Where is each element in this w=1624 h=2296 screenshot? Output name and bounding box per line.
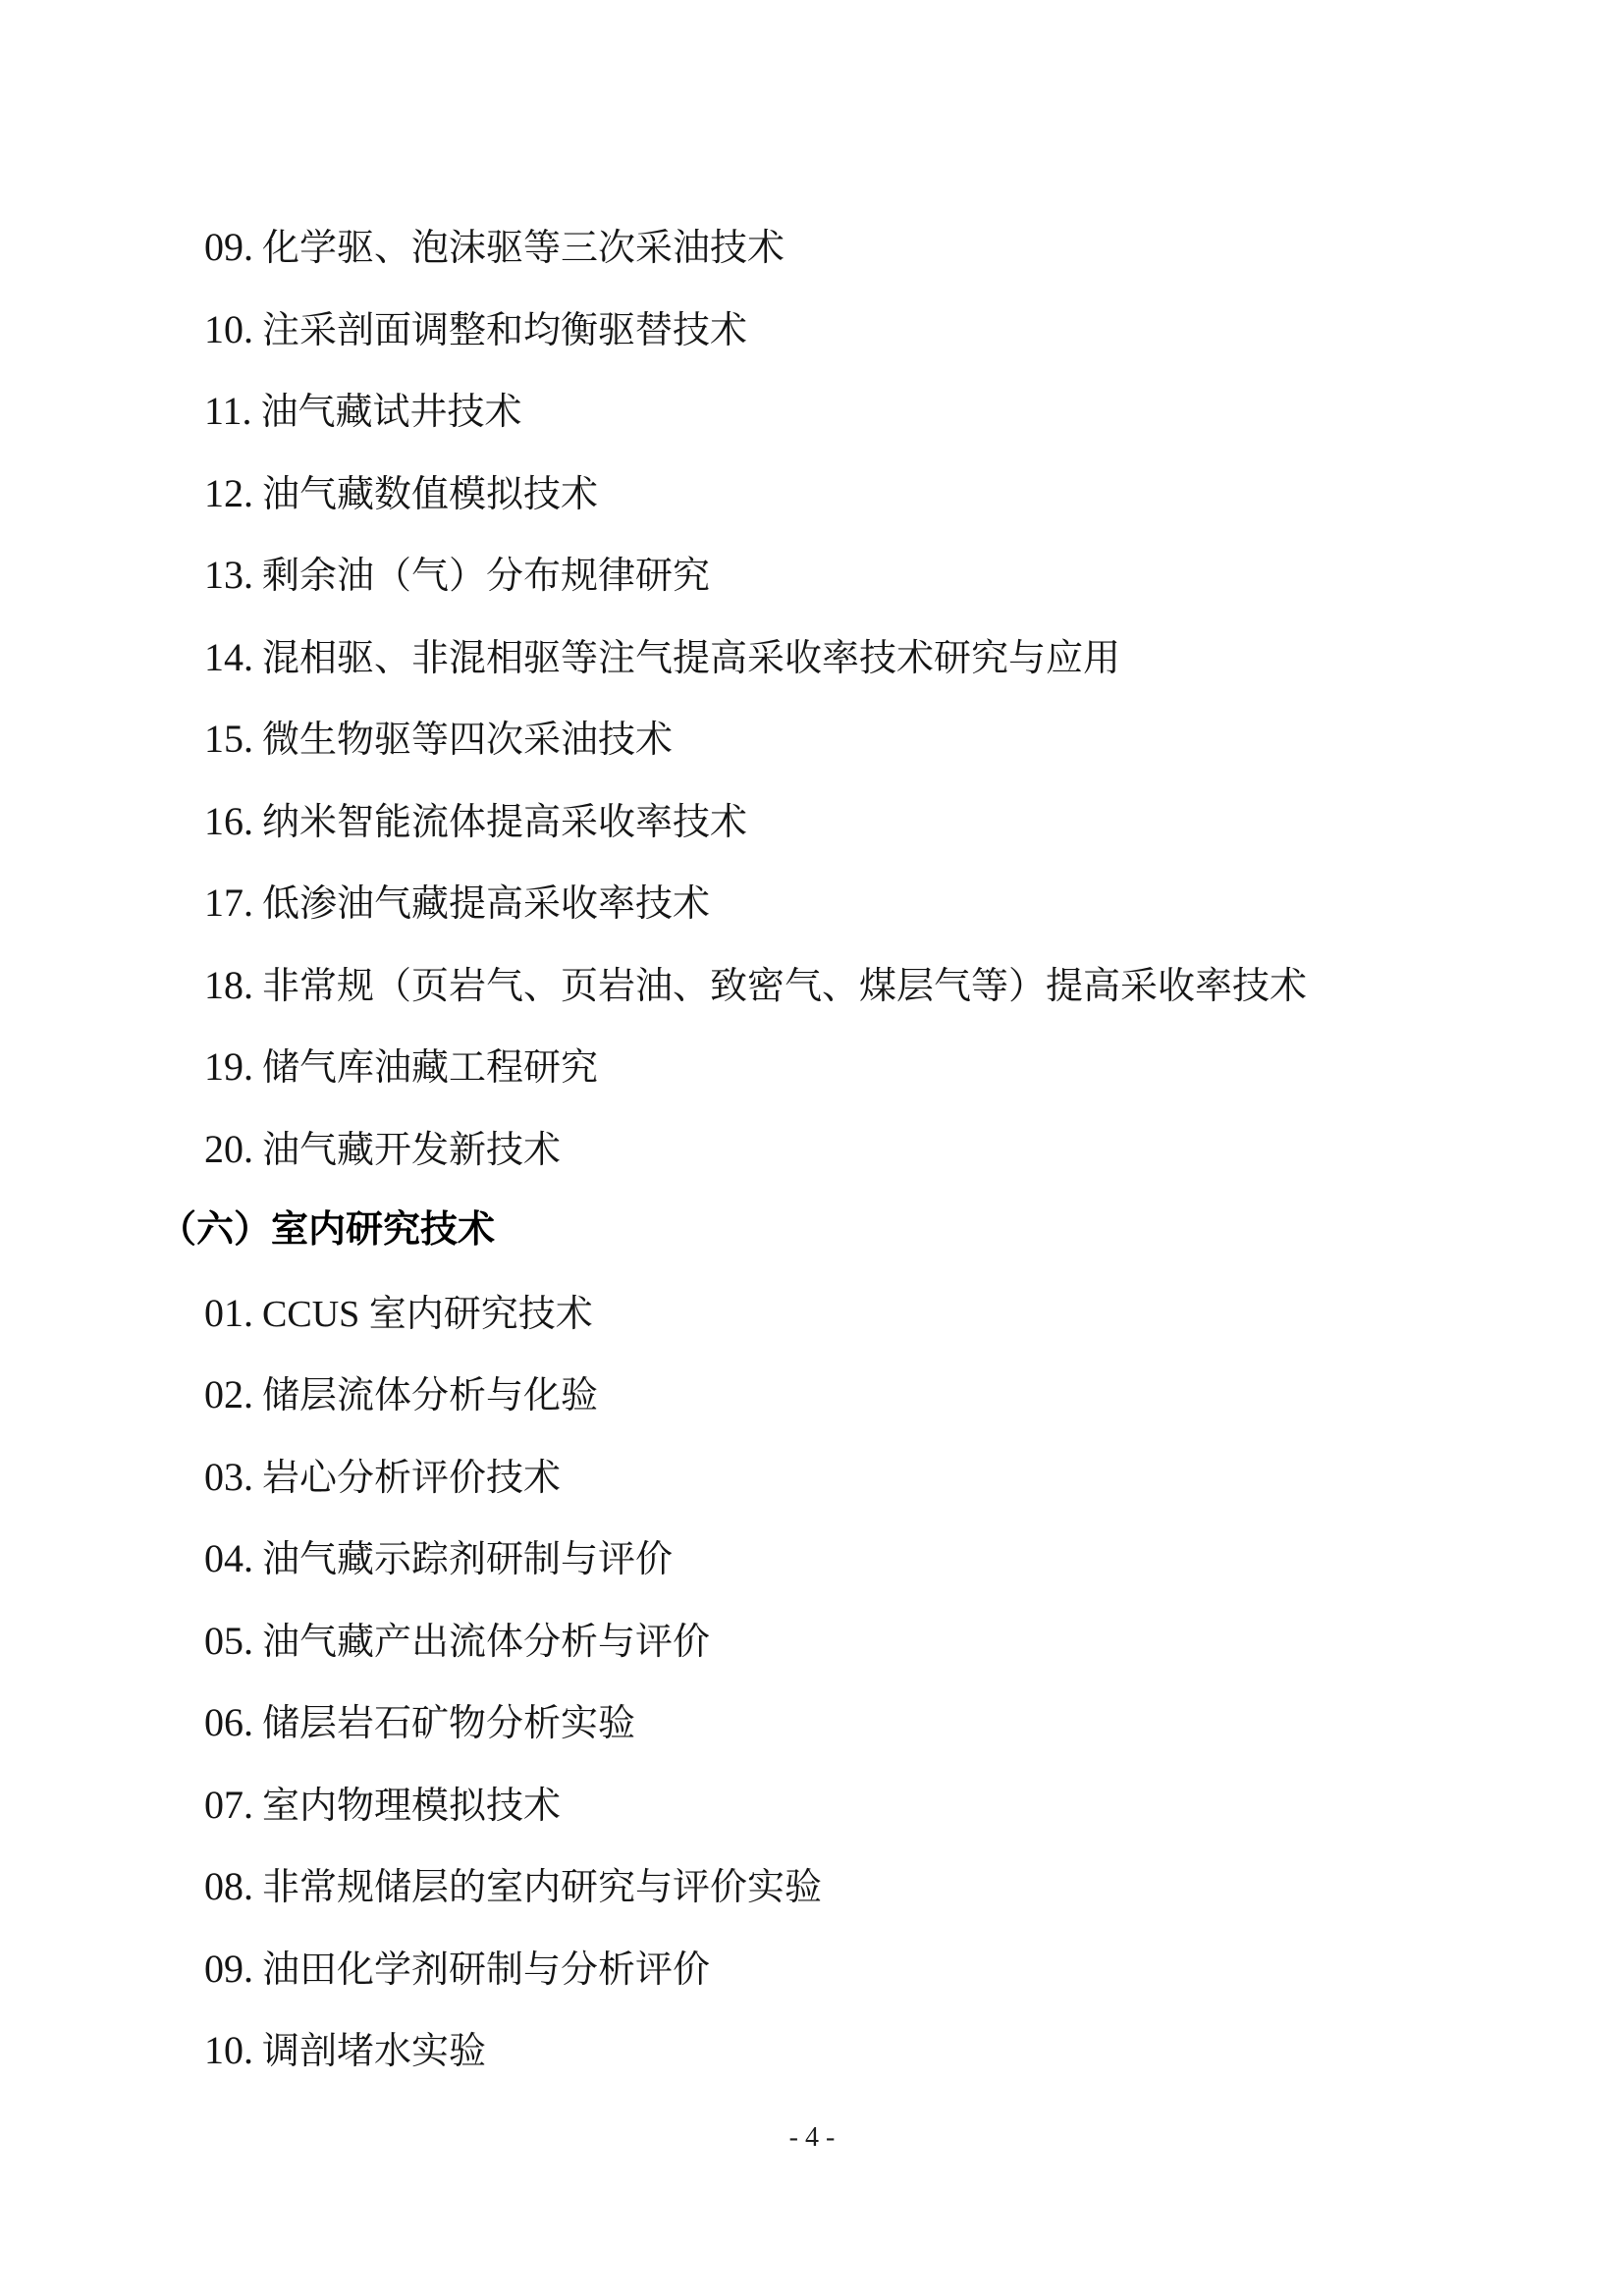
item-number: 18. (204, 963, 253, 1007)
item-number: 17. (204, 881, 253, 925)
item-number: 01. (204, 1291, 253, 1335)
list-item: 18.非常规（页岩气、页岩油、致密气、煤层气等）提高采收率技术 (0, 944, 1624, 1027)
item-text: 岩心分析评价技术 (262, 1458, 561, 1499)
item-text: 剩余油（气）分布规律研究 (262, 556, 710, 597)
page-number-footer: - 4 - (0, 2122, 1624, 2154)
list-item: 14.混相驱、非混相驱等注气提高采收率技术研究与应用 (0, 616, 1624, 699)
list-item: 01.CCUS 室内研究技术 (0, 1272, 1624, 1355)
list-item: 12.油气藏数值模拟技术 (0, 453, 1624, 535)
item-text: 微生物驱等四次采油技术 (262, 720, 673, 761)
item-text: 储层岩石矿物分析实验 (262, 1703, 635, 1744)
item-number: 02. (204, 1372, 253, 1416)
item-text: 油气藏开发新技术 (262, 1130, 561, 1171)
list-item: 10.调剖堵水实验 (0, 2009, 1624, 2092)
document-body: 09.化学驱、泡沫驱等三次采油技术 10.注采剖面调整和均衡驱替技术 11.油气… (0, 0, 1624, 2092)
list-item: 11.油气藏试井技术 (0, 370, 1624, 453)
list-item: 19.储气库油藏工程研究 (0, 1026, 1624, 1108)
item-number: 16. (204, 799, 253, 843)
item-text: 注采剖面调整和均衡驱替技术 (262, 310, 747, 351)
list-item: 05.油气藏产出流体分析与评价 (0, 1600, 1624, 1682)
list-item: 16.纳米智能流体提高采收率技术 (0, 780, 1624, 863)
item-text: 化学驱、泡沫驱等三次采油技术 (262, 228, 785, 269)
list-item: 10.注采剖面调整和均衡驱替技术 (0, 289, 1624, 371)
item-text: 油气藏数值模拟技术 (262, 474, 598, 515)
item-number: 03. (204, 1455, 253, 1499)
list-item: 09.油田化学剂研制与分析评价 (0, 1928, 1624, 2010)
item-text: 室内物理模拟技术 (262, 1786, 561, 1827)
item-number: 10. (204, 2028, 253, 2072)
item-number: 20. (204, 1127, 253, 1171)
item-number: 15. (204, 717, 253, 761)
item-text: 储层流体分析与化验 (262, 1375, 598, 1416)
list-item: 03.岩心分析评价技术 (0, 1436, 1624, 1519)
list-item: 09.化学驱、泡沫驱等三次采油技术 (0, 206, 1624, 289)
item-number: 19. (204, 1044, 253, 1089)
item-text: 油气藏产出流体分析与评价 (262, 1622, 710, 1663)
item-text: 混相驱、非混相驱等注气提高采收率技术研究与应用 (262, 638, 1120, 679)
item-number: 11. (204, 389, 252, 433)
item-text: 非常规（页岩气、页岩油、致密气、煤层气等）提高采收率技术 (262, 966, 1307, 1007)
item-text: 油田化学剂研制与分析评价 (262, 1949, 710, 1991)
item-text: 低渗油气藏提高采收率技术 (262, 883, 710, 925)
item-number: 09. (204, 1947, 253, 1991)
item-number: 09. (204, 225, 253, 269)
item-text: 油气藏示踪剂研制与评价 (262, 1539, 673, 1580)
item-number: 05. (204, 1619, 253, 1663)
list-item: 17.低渗油气藏提高采收率技术 (0, 862, 1624, 944)
section-header: （六）室内研究技术 (0, 1190, 1624, 1272)
item-text: 油气藏试井技术 (261, 392, 522, 433)
list-item: 06.储层岩石矿物分析实验 (0, 1682, 1624, 1764)
list-item: 02.储层流体分析与化验 (0, 1354, 1624, 1436)
list-item: 20.油气藏开发新技术 (0, 1108, 1624, 1191)
item-number: 08. (204, 1864, 253, 1908)
document-page: 09.化学驱、泡沫驱等三次采油技术 10.注采剖面调整和均衡驱替技术 11.油气… (0, 0, 1624, 2296)
item-text: 非常规储层的室内研究与评价实验 (262, 1867, 822, 1908)
item-number: 13. (204, 553, 253, 597)
item-number: 14. (204, 635, 253, 679)
list-item: 08.非常规储层的室内研究与评价实验 (0, 1845, 1624, 1928)
list-item: 04.油气藏示踪剂研制与评价 (0, 1518, 1624, 1600)
list-item: 15.微生物驱等四次采油技术 (0, 698, 1624, 780)
list-item: 07.室内物理模拟技术 (0, 1764, 1624, 1846)
item-number: 04. (204, 1536, 253, 1580)
item-text: 调剖堵水实验 (262, 2031, 486, 2072)
item-text: 储气库油藏工程研究 (262, 1047, 598, 1089)
item-text: CCUS 室内研究技术 (262, 1294, 593, 1335)
item-number: 12. (204, 471, 253, 515)
item-number: 06. (204, 1700, 253, 1744)
item-number: 10. (204, 307, 253, 351)
item-number: 07. (204, 1783, 253, 1827)
item-text: 纳米智能流体提高采收率技术 (262, 802, 747, 843)
list-item: 13.剩余油（气）分布规律研究 (0, 534, 1624, 616)
